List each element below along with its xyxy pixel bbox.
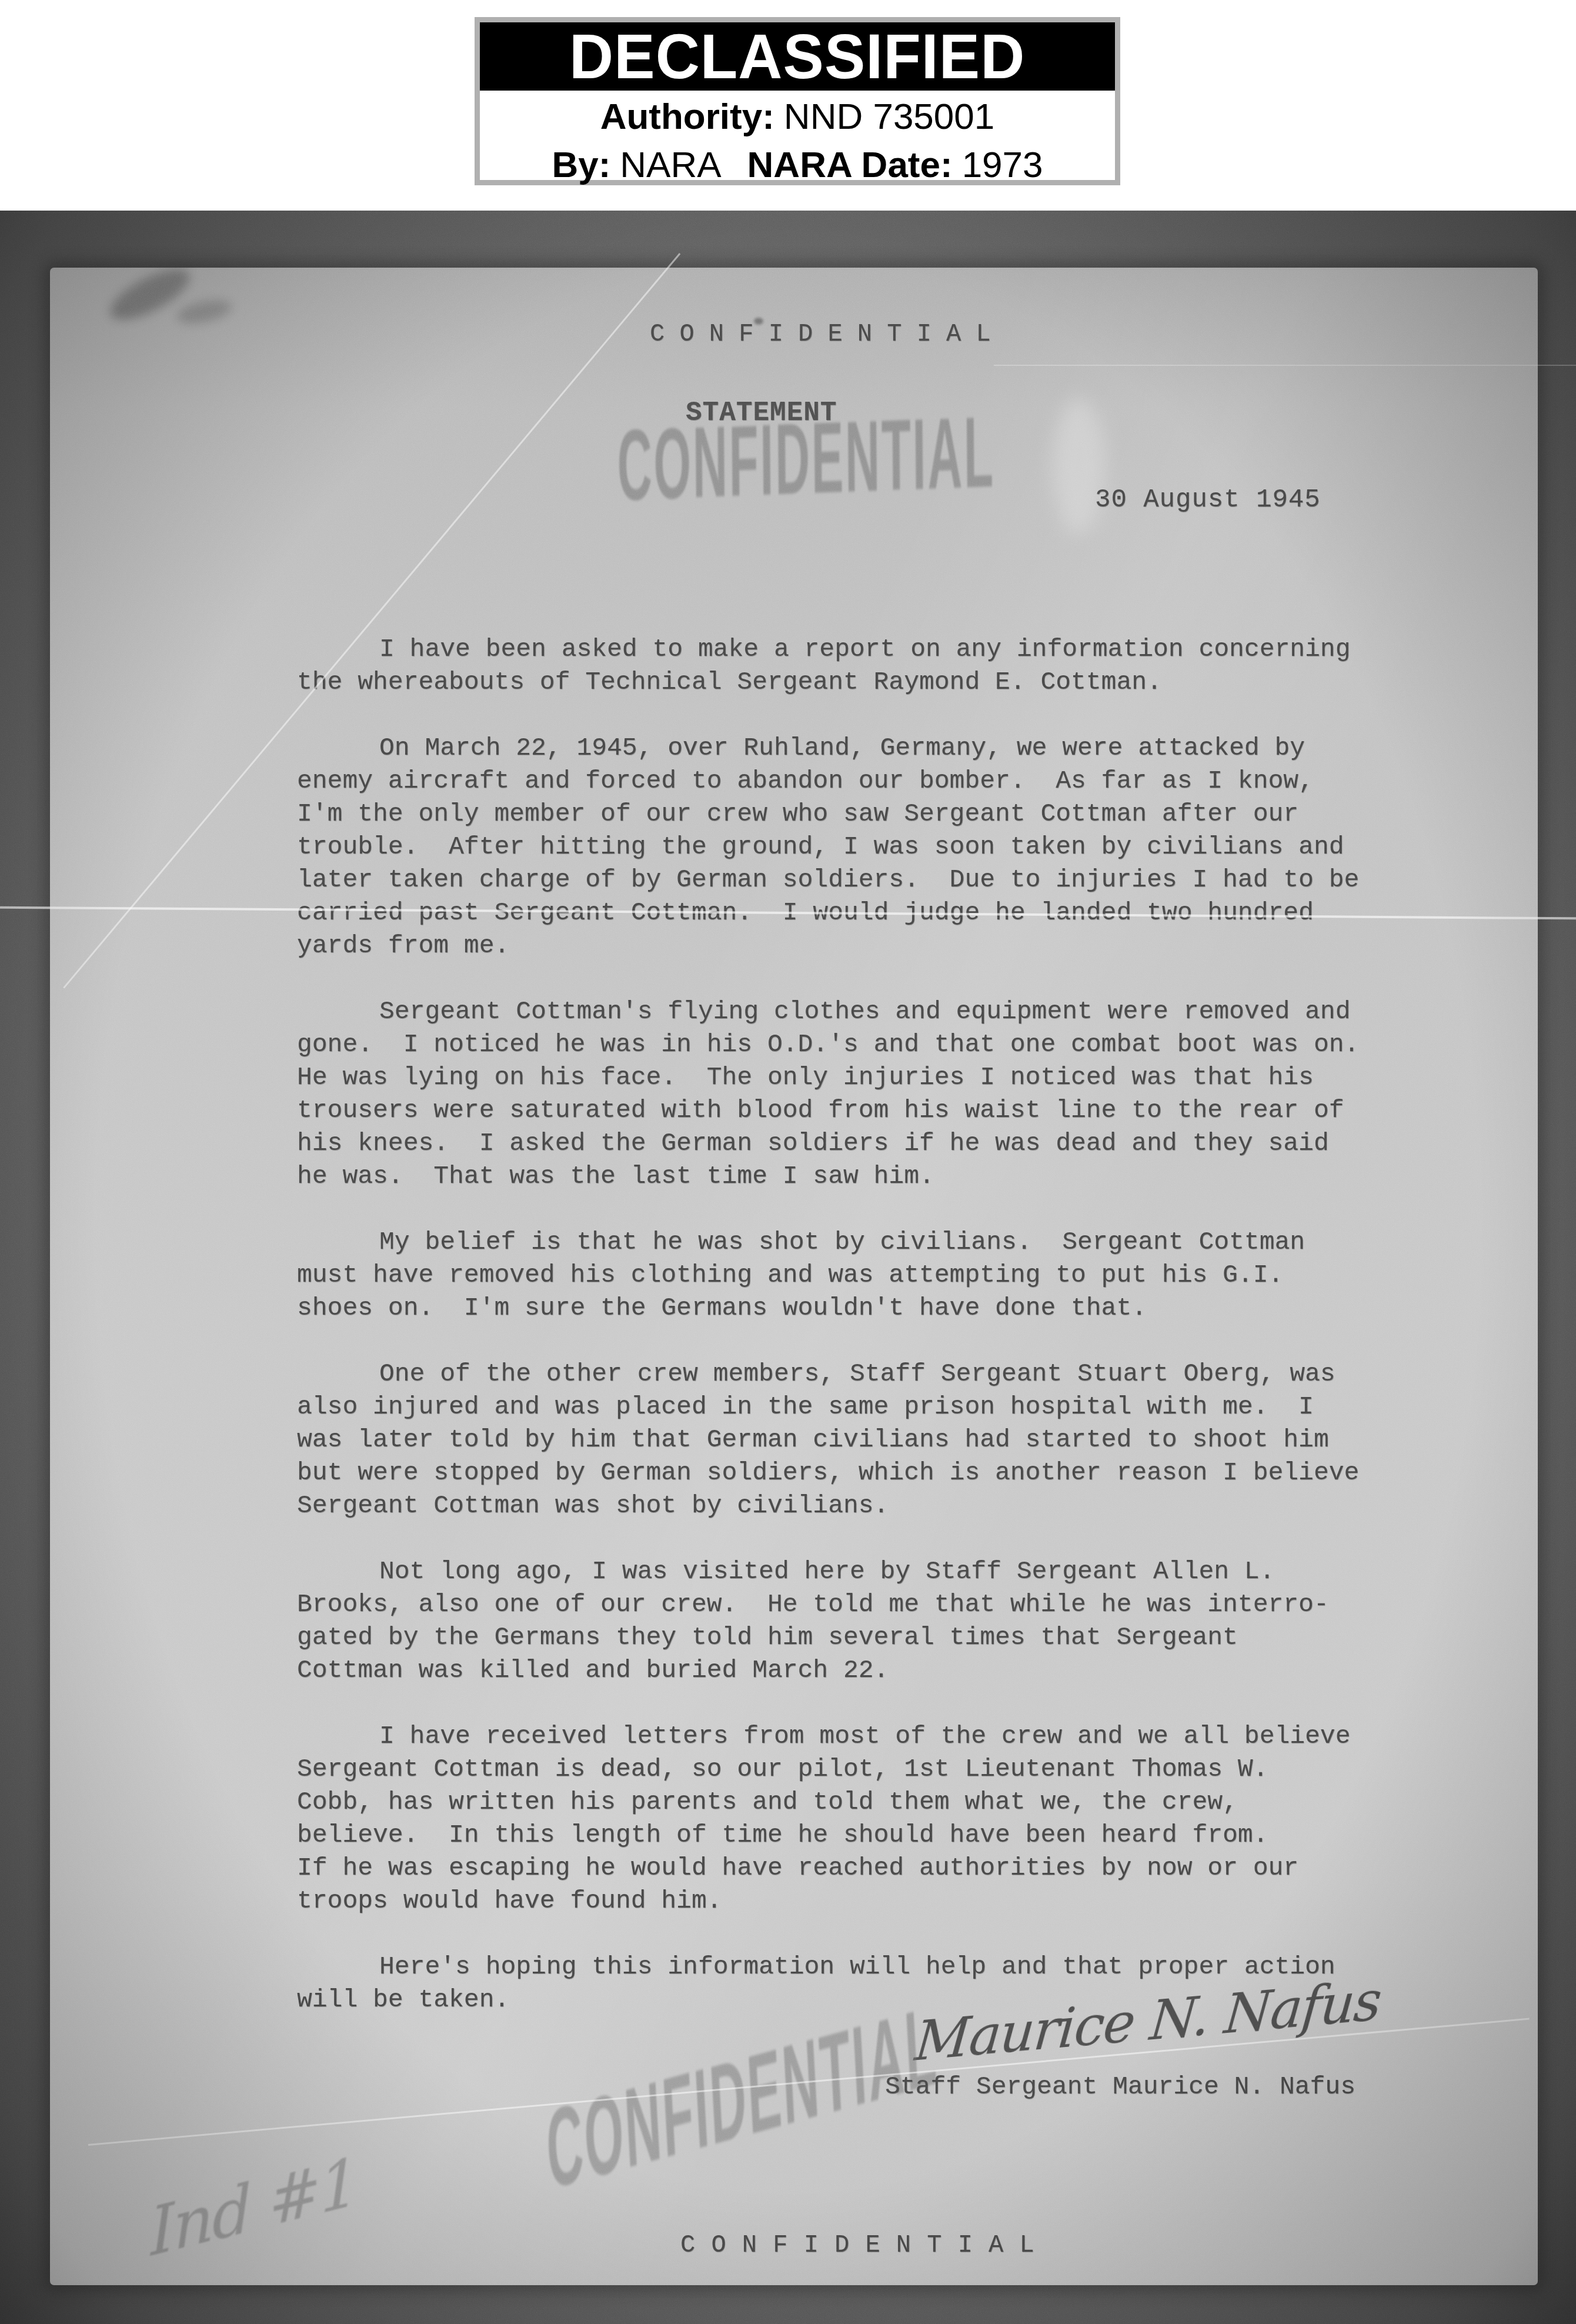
- typewriter-line: Sergeant Cottman was shot by civilians.: [297, 1489, 1479, 1522]
- typewriter-line: but were stopped by German soldiers, whi…: [297, 1456, 1479, 1489]
- typewriter-line: must have removed his clothing and was a…: [297, 1259, 1479, 1292]
- typewriter-line: carried past Sergeant Cottman. I would j…: [297, 896, 1479, 929]
- authority-row: Authority: NND 735001: [480, 96, 1115, 138]
- typewriter-line: Not long ago, I was visited here by Staf…: [297, 1555, 1479, 1588]
- typewriter-line: enemy aircraft and forced to abandon our…: [297, 765, 1479, 798]
- typewriter-line: trousers were saturated with blood from …: [297, 1094, 1479, 1127]
- typewriter-line: troops would have found him.: [297, 1885, 1479, 1918]
- paragraph: Sergeant Cottman's flying clothes and eq…: [297, 995, 1479, 1193]
- by-label: By:: [552, 145, 610, 186]
- paragraph: My belief is that he was shot by civilia…: [297, 1226, 1479, 1325]
- typewriter-line: yards from me.: [297, 929, 1479, 962]
- page: DECLASSIFIED Authority: NND 735001 By: N…: [0, 0, 1576, 2324]
- typewriter-line: gone. I noticed he was in his O.D.'s and…: [297, 1028, 1479, 1061]
- paragraph: I have received letters from most of the…: [297, 1720, 1479, 1918]
- classification-header: C O N F I D E N T I A L: [650, 320, 991, 348]
- letter-body: I have been asked to make a report on an…: [297, 633, 1479, 2049]
- typewriter-line: Sergeant Cottman is dead, so our pilot, …: [297, 1753, 1479, 1786]
- typewriter-line: believe. In this length of time he shoul…: [297, 1819, 1479, 1852]
- typewriter-line: If he was escaping he would have reached…: [297, 1852, 1479, 1885]
- paragraph: Not long ago, I was visited here by Staf…: [297, 1555, 1479, 1687]
- authority-label: Authority:: [600, 96, 774, 138]
- declassified-bar: DECLASSIFIED: [480, 22, 1115, 91]
- paragraph: On March 22, 1945, over Ruhland, Germany…: [297, 732, 1479, 962]
- typewriter-line: the whereabouts of Technical Sergeant Ra…: [297, 666, 1479, 699]
- by-value: NARA: [620, 145, 721, 186]
- typed-signature-name: Staff Sergeant Maurice N. Nafus: [885, 2072, 1355, 2101]
- typewriter-line: was later told by him that German civili…: [297, 1423, 1479, 1456]
- date-line: 30 August 1945: [1095, 485, 1321, 515]
- typewriter-line: trouble. After hitting the ground, I was…: [297, 831, 1479, 863]
- paragraph: I have been asked to make a report on an…: [297, 633, 1479, 699]
- confidential-stamp-top: CONFIDENTIAL: [617, 395, 996, 524]
- typewriter-line: He was lying on his face. The only injur…: [297, 1061, 1479, 1094]
- typewriter-line: Brooks, also one of our crew. He told me…: [297, 1588, 1479, 1621]
- typewriter-line: I have received letters from most of the…: [297, 1720, 1479, 1753]
- declassified-title: DECLASSIFIED: [569, 22, 1025, 91]
- nara-date-label: NARA Date:: [747, 145, 953, 186]
- classification-footer: C O N F I D E N T I A L: [680, 2231, 1035, 2259]
- scanned-document-photo: C O N F I D E N T I A L STATEMENT CONFID…: [0, 211, 1576, 2324]
- typewriter-line: he was. That was the last time I saw him…: [297, 1160, 1479, 1193]
- typewriter-line: shoes on. I'm sure the Germans wouldn't …: [297, 1292, 1479, 1325]
- declassified-banner: DECLASSIFIED Authority: NND 735001 By: N…: [475, 17, 1120, 185]
- white-margin: DECLASSIFIED Authority: NND 735001 By: N…: [0, 0, 1576, 211]
- typewriter-line: My belief is that he was shot by civilia…: [297, 1226, 1479, 1259]
- typewriter-line: gated by the Germans they told him sever…: [297, 1621, 1479, 1654]
- by-row: By: NARA NARA Date: 1973: [480, 145, 1115, 186]
- typewriter-line: I'm the only member of our crew who saw …: [297, 798, 1479, 831]
- typewriter-line: Cottman was killed and buried March 22.: [297, 1654, 1479, 1687]
- typewriter-line: Sergeant Cottman's flying clothes and eq…: [297, 995, 1479, 1028]
- typewriter-line: later taken charge of by German soldiers…: [297, 863, 1479, 896]
- typewriter-line: On March 22, 1945, over Ruhland, Germany…: [297, 732, 1479, 765]
- typewriter-line: his knees. I asked the German soldiers i…: [297, 1127, 1479, 1160]
- paragraph: One of the other crew members, Staff Ser…: [297, 1358, 1479, 1522]
- typewriter-line: One of the other crew members, Staff Ser…: [297, 1358, 1479, 1391]
- typewriter-line: I have been asked to make a report on an…: [297, 633, 1479, 666]
- typewriter-line: Cobb, has written his parents and told t…: [297, 1786, 1479, 1819]
- typewriter-line: also injured and was placed in the same …: [297, 1391, 1479, 1423]
- authority-value: NND 735001: [784, 96, 994, 138]
- nara-date-value: 1973: [962, 145, 1043, 186]
